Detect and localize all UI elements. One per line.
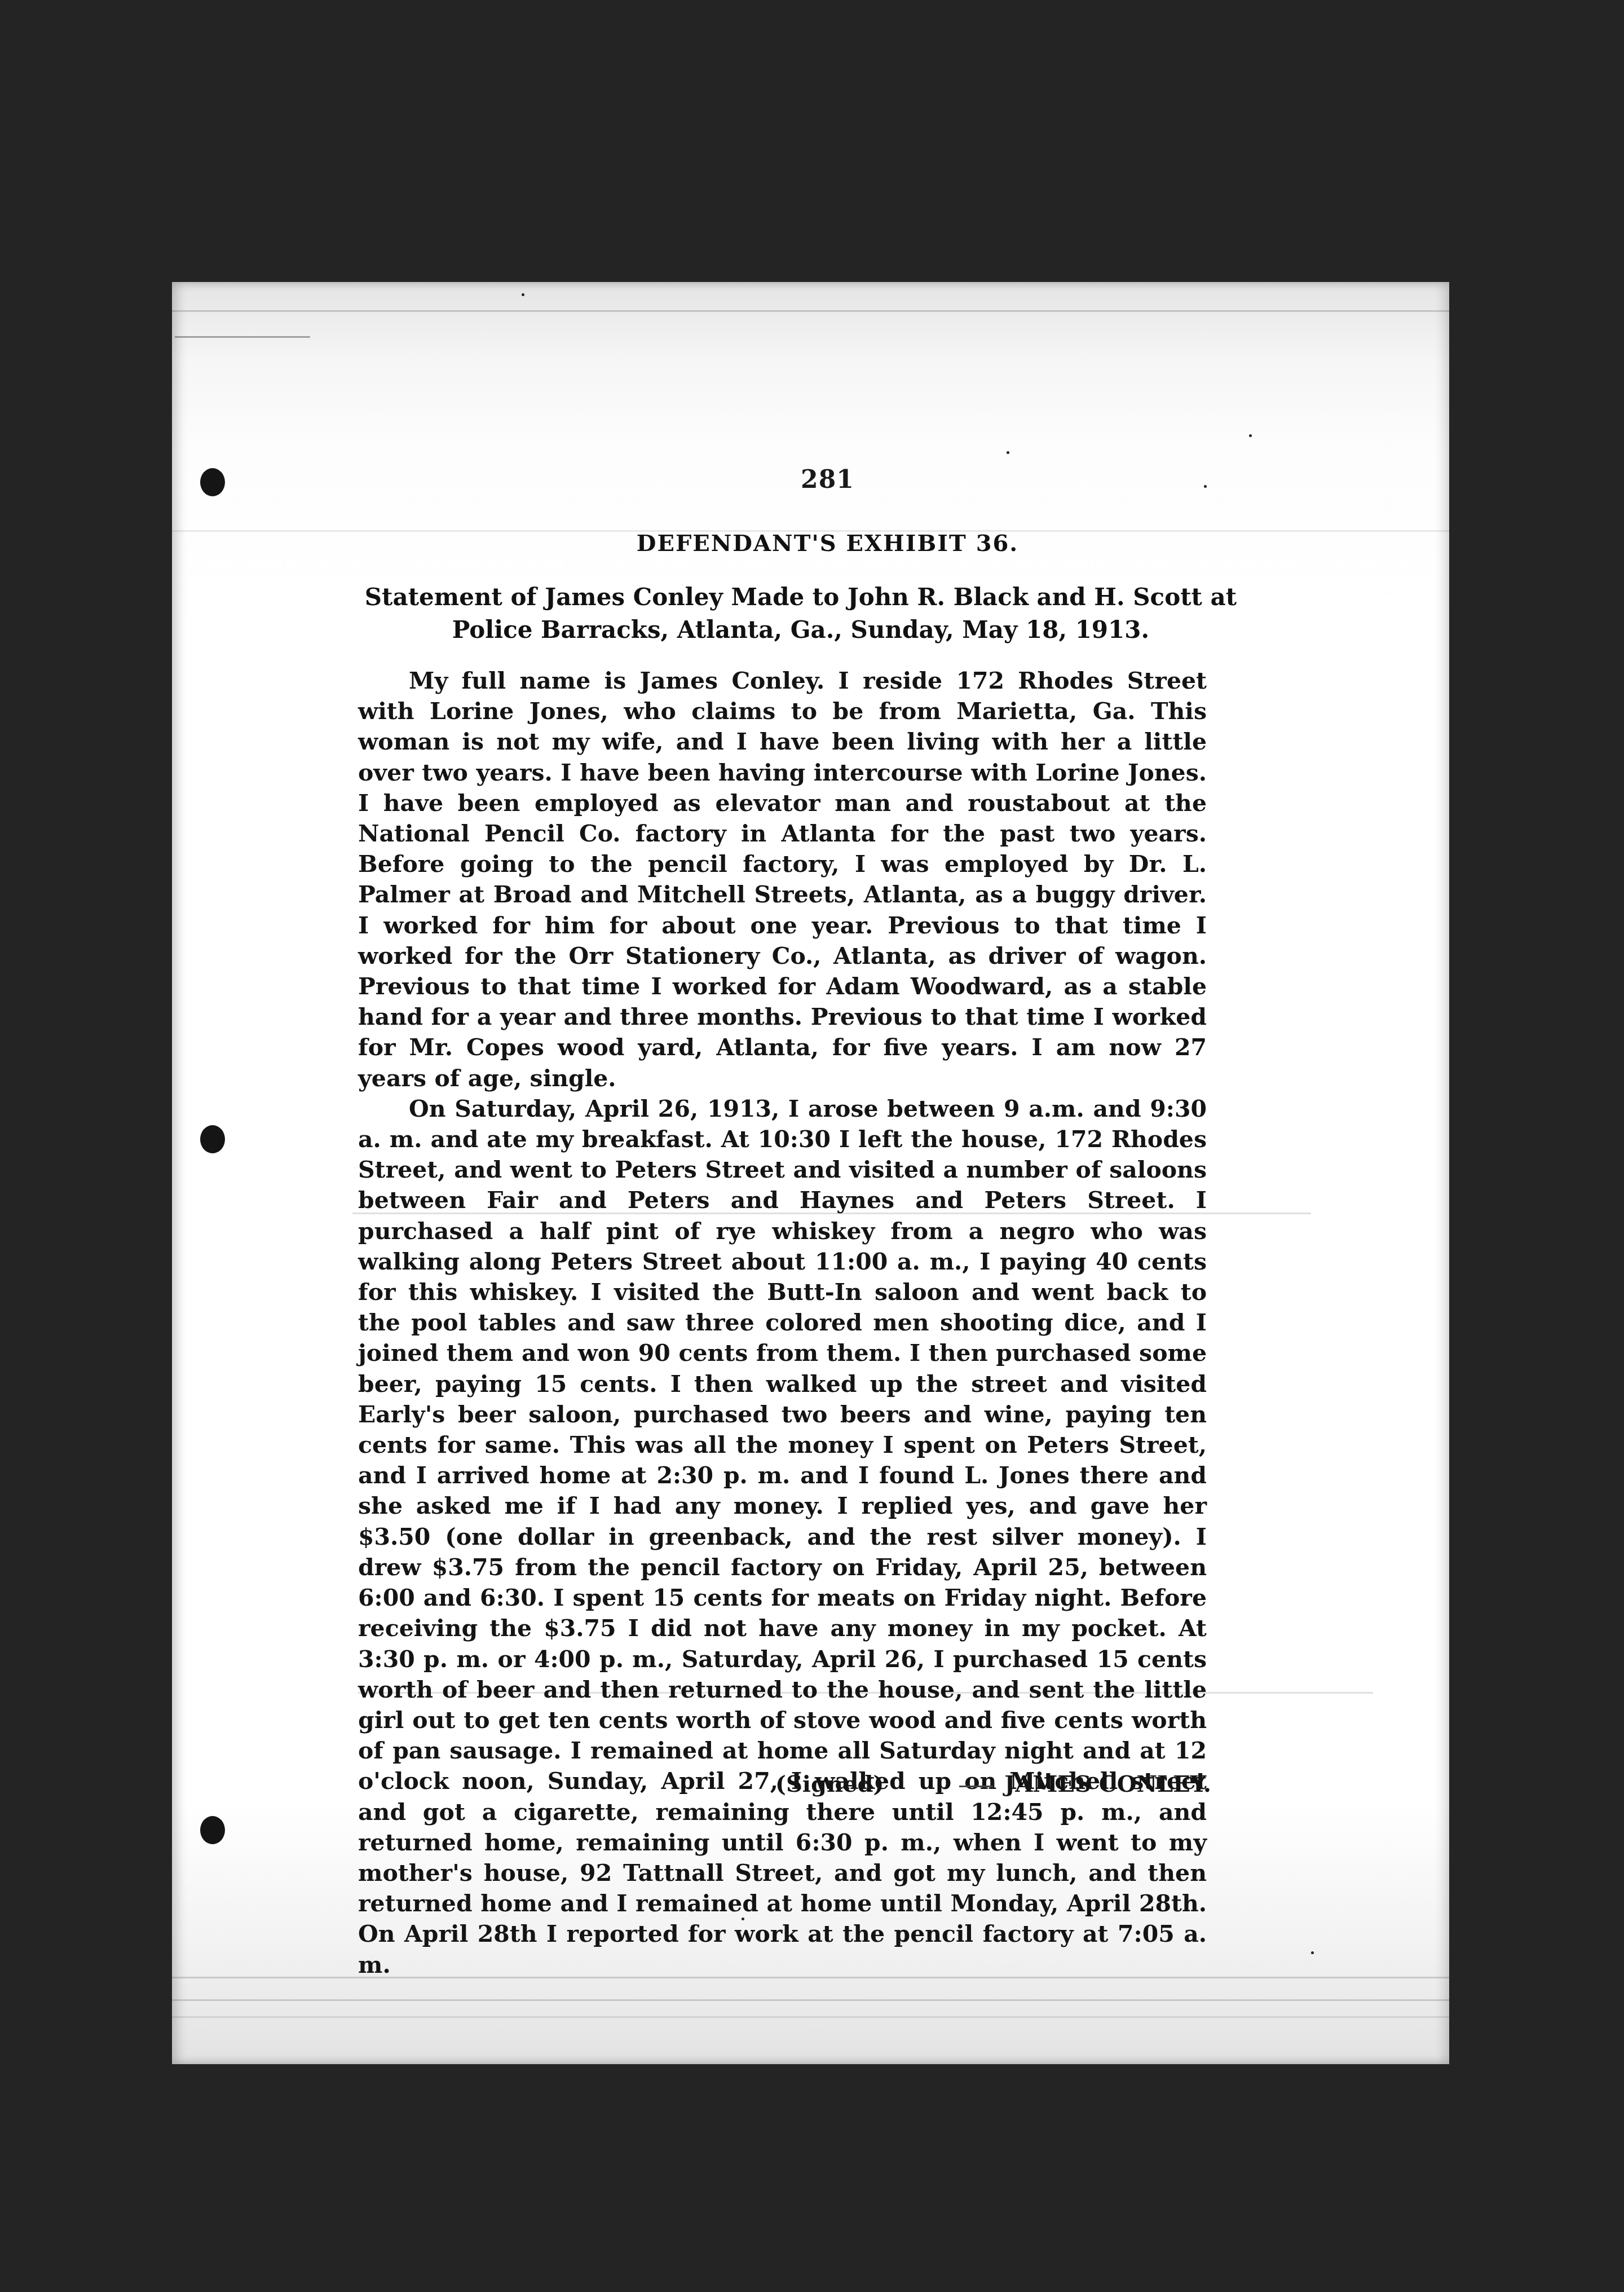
- paragraph-background: My full name is James Conley. I reside 1…: [358, 665, 1207, 1094]
- signature-dash: [959, 1786, 993, 1787]
- scan-line: [172, 2016, 1449, 2018]
- page-number: 281: [172, 465, 1449, 494]
- punch-hole-bottom: [200, 1816, 225, 1844]
- scan-speck: [1249, 434, 1252, 437]
- scan-speck: [1311, 1951, 1314, 1954]
- scan-speck: [522, 293, 524, 296]
- punch-hole-middle: [200, 1125, 225, 1153]
- scan-line: [172, 1999, 1449, 2001]
- document-page: 281 DEFENDANT'S EXHIBIT 36. Statement of…: [172, 282, 1449, 2064]
- scan-line: [172, 310, 1449, 312]
- paragraph-april-26: On Saturday, April 26, 1913, I arose bet…: [358, 1094, 1207, 1980]
- signature-block: (Signed) JAMES CONLEY.: [775, 1771, 1211, 1797]
- scan-line: [175, 336, 310, 338]
- scan-speck: [1007, 451, 1009, 454]
- signatory-name: JAMES CONLEY.: [1004, 1771, 1211, 1797]
- statement-subtitle: Statement of James Conley Made to John R…: [364, 581, 1238, 646]
- exhibit-title: DEFENDANT'S EXHIBIT 36.: [172, 530, 1449, 557]
- signed-label: (Signed): [775, 1771, 884, 1797]
